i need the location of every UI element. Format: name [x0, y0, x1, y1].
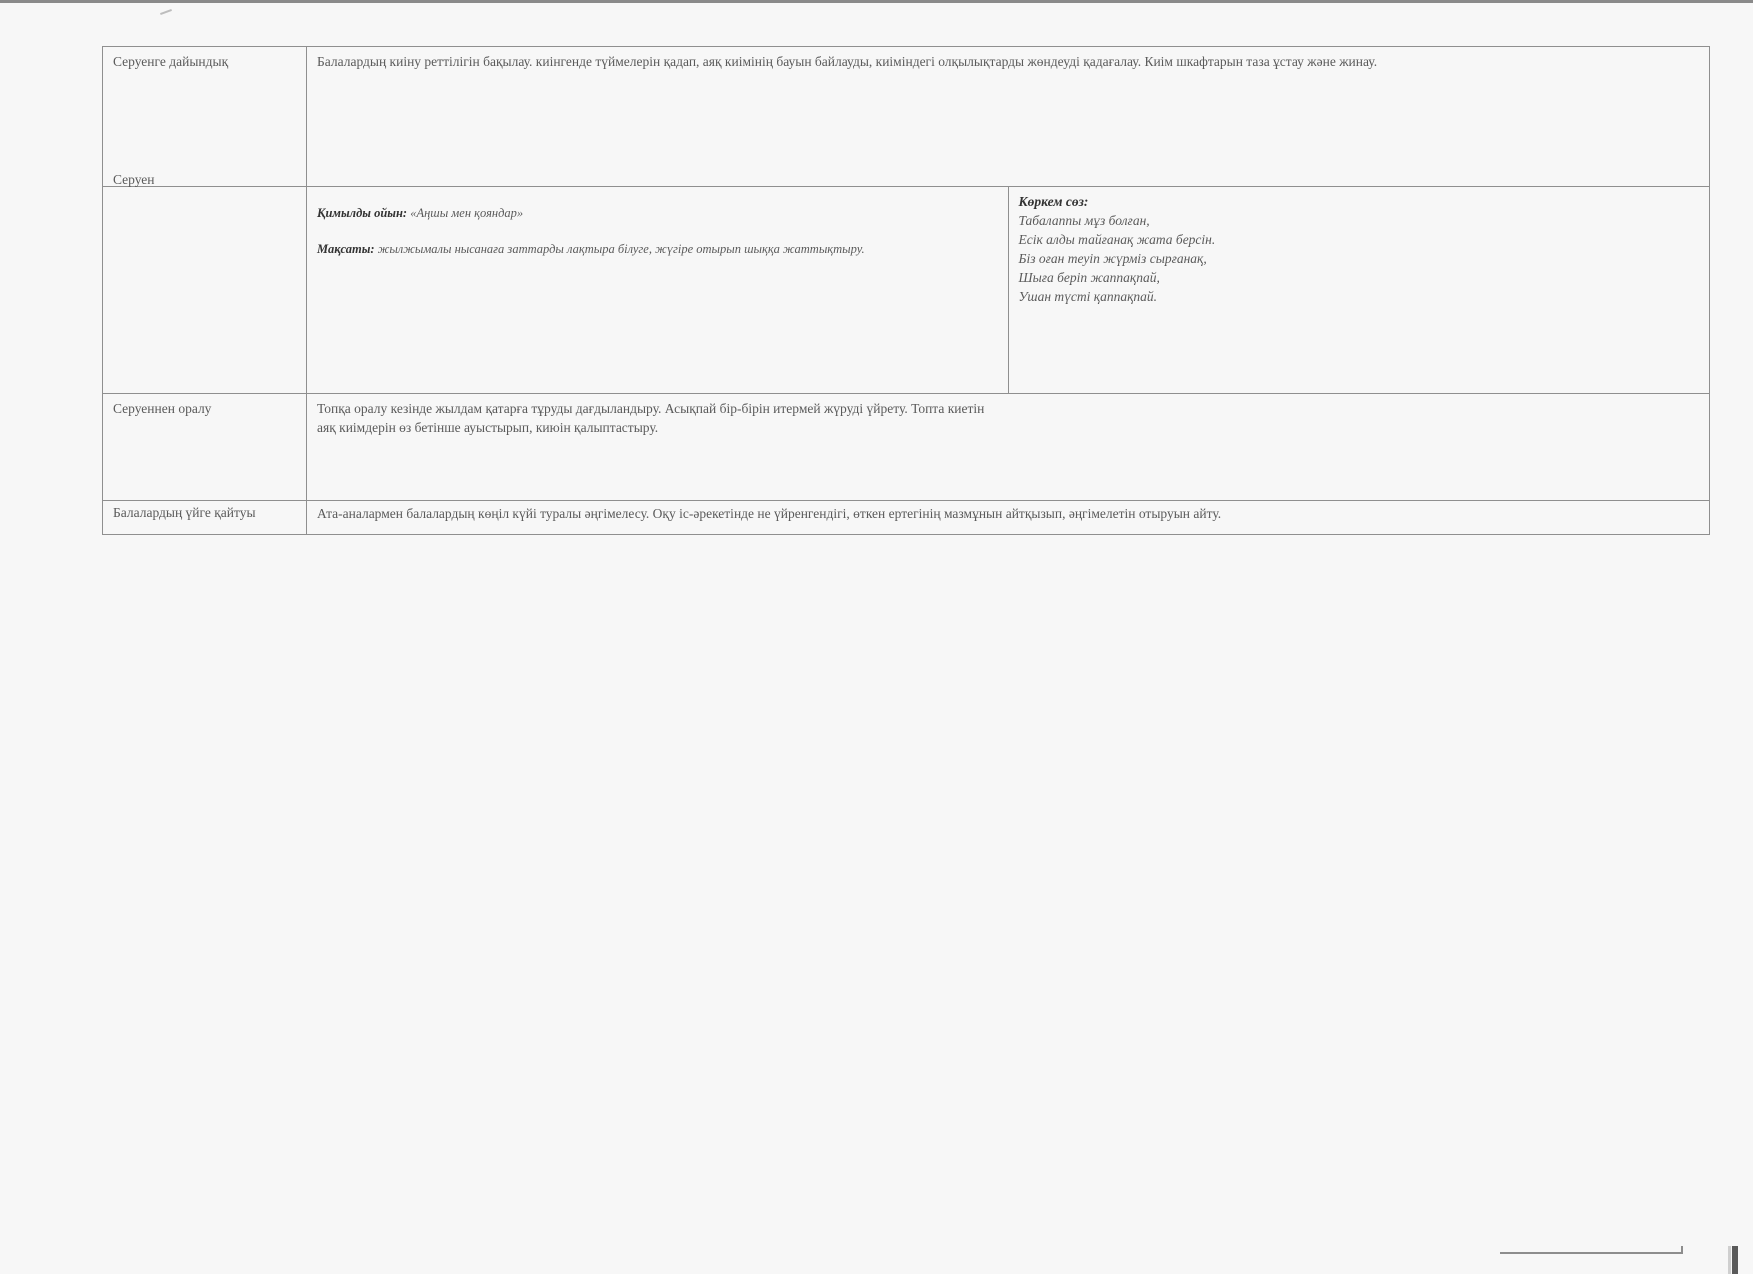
row-content: Ата-аналармен балалардың көңіл күйі тура…	[307, 501, 1710, 535]
table-row-walk-preparation: Серуенге дайындық Балалардың киіну ретті…	[103, 47, 1710, 187]
row-label: Серуен	[103, 187, 307, 394]
row-label: Серуеннен оралу	[103, 394, 307, 501]
artistic-word-cell: Көркем сөз: Табалаппы мұз болған, Есік а…	[1008, 187, 1710, 394]
scan-edge-top	[0, 0, 1753, 3]
goal-label: Мақсаты:	[317, 242, 375, 256]
goal-text: жылжымалы нысанаға заттарды лақтыра білу…	[378, 242, 865, 256]
poem-line: Табалаппы мұз болған,	[1019, 211, 1700, 230]
scan-corner	[1732, 1246, 1738, 1274]
game-label: Қимылды ойын:	[317, 206, 407, 220]
row-content-line: Топқа оралу кезінде жылдам қатарға тұруд…	[317, 399, 1699, 418]
poem-title: Көркем сөз:	[1019, 192, 1700, 211]
outdoor-game-cell: Қимылды ойын: «Аңшы мен қояндар» Мақсаты…	[307, 187, 1009, 394]
row-label: Балалардың үйге қайтуы	[103, 501, 307, 535]
scan-edge-tick	[1681, 1246, 1683, 1254]
outdoor-game: Қимылды ойын: «Аңшы мен қояндар»	[317, 204, 998, 223]
poem-line: Есік алды тайғанақ жата берсін.	[1019, 230, 1700, 249]
scan-speck	[160, 9, 172, 15]
row-label: Серуенге дайындық	[103, 47, 307, 187]
poem-line: Ушан түсті қаппақпай.	[1019, 287, 1700, 306]
row-content-line: аяқ киімдерін өз бетінше ауыстырып, киюі…	[317, 418, 1699, 437]
table-row-return-from-walk: Серуеннен оралу Топқа оралу кезінде жылд…	[103, 394, 1710, 501]
row-content: Балалардың киіну реттілігін бақылау. киі…	[307, 47, 1710, 187]
game-name: «Аңшы мен қояндар»	[410, 206, 523, 220]
scan-edge-line	[1500, 1252, 1682, 1254]
table-row-going-home: Балалардың үйге қайтуы Ата-аналармен бал…	[103, 501, 1710, 535]
poem-line: Шыға беріп жаппақпай,	[1019, 268, 1700, 287]
game-goal: Мақсаты: жылжымалы нысанаға заттарды лақ…	[317, 240, 1037, 259]
daily-plan-table: Серуенге дайындық Балалардың киіну ретті…	[102, 46, 1710, 535]
table-row-walk: Серуен Қимылды ойын: «Аңшы мен қояндар» …	[103, 187, 1710, 394]
row-content: Топқа оралу кезінде жылдам қатарға тұруд…	[307, 394, 1710, 501]
row-label-text: Серуен	[113, 172, 155, 187]
scan-corner-shadow	[1728, 1246, 1731, 1274]
poem-line: Біз оған теуіп жүрміз сырғанақ,	[1019, 249, 1700, 268]
